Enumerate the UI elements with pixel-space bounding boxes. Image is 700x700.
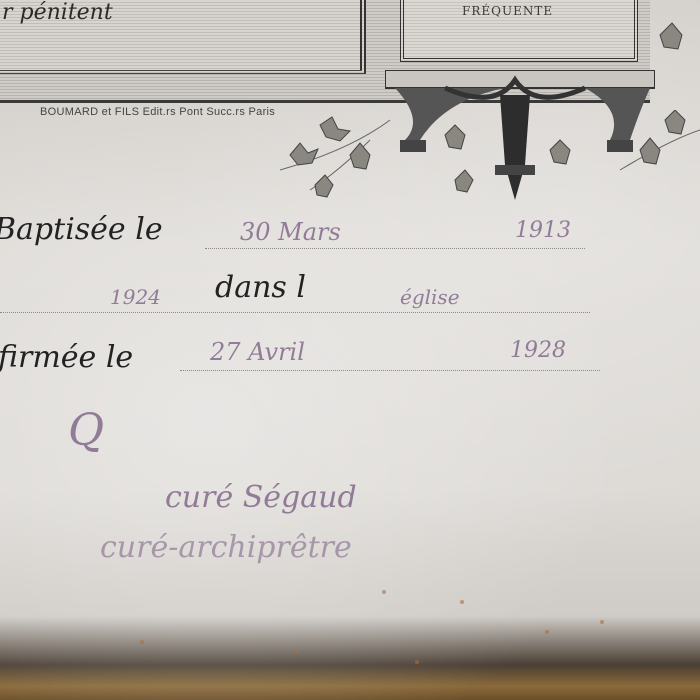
frequente-text: FRÉQUENTE xyxy=(462,4,553,18)
foxing-spot xyxy=(600,620,604,624)
signature-line2: curé-archiprêtre xyxy=(100,530,352,565)
ivy-leaves-icon xyxy=(270,110,700,220)
dans-label: dans l xyxy=(215,270,306,305)
right-engraved-panel: FRÉQUENTE xyxy=(400,0,638,62)
foxing-spot xyxy=(415,660,419,664)
publisher-line: BOUMARD et FILS Edit.rs Pont Succ.rs Par… xyxy=(40,106,275,118)
year-1924: 1924 xyxy=(110,285,161,309)
ivy-leaves-icon xyxy=(650,0,700,60)
confirmee-label: firmée le xyxy=(0,340,133,375)
dotted-line xyxy=(205,248,585,249)
dotted-line xyxy=(180,370,600,371)
baptism-date: 30 Mars xyxy=(240,218,341,246)
confirmation-date: 27 Avril xyxy=(210,338,305,366)
foxing-spot xyxy=(460,600,464,604)
foxing-spot xyxy=(140,640,144,644)
foxing-spot xyxy=(382,590,386,594)
eglise-text: église xyxy=(400,285,460,309)
signature-initial: Q xyxy=(68,405,104,456)
dotted-line xyxy=(0,312,590,313)
confirmation-year: 1928 xyxy=(510,338,566,363)
baptism-year: 1913 xyxy=(515,218,571,243)
left-engraved-panel: r pénitent xyxy=(0,0,366,74)
foxing-spot xyxy=(545,630,549,634)
foxing-spot xyxy=(295,650,299,654)
penitent-text: r pénitent xyxy=(2,0,113,25)
baptisee-label: Baptisée le xyxy=(0,212,163,247)
signature-line1: curé Ségaud xyxy=(165,480,357,515)
